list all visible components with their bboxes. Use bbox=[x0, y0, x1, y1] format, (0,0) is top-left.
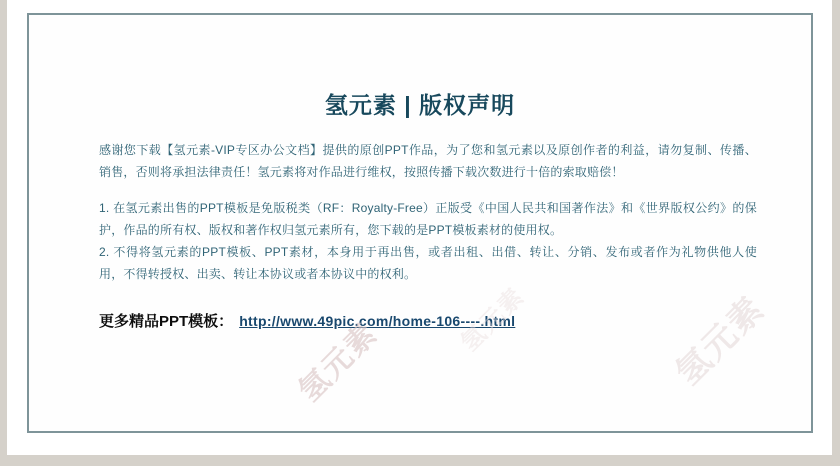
intro-paragraph: 感谢您下载【氢元素-VIP专区办公文档】提供的原创PPT作品，为了您和氢元素以及… bbox=[99, 139, 757, 183]
more-templates-row: 更多精品PPT模板：http://www.49pic.com/home-106-… bbox=[99, 310, 515, 331]
copyright-body: 感谢您下载【氢元素-VIP专区办公文档】提供的原创PPT作品，为了您和氢元素以及… bbox=[99, 139, 757, 285]
slide-preview: { "frame": { "mat_color": "#d5d1ca", "bo… bbox=[0, 0, 840, 466]
mat-strip-right bbox=[832, 0, 840, 466]
mat-strip-bottom bbox=[0, 455, 840, 466]
mat-strip-left bbox=[0, 0, 7, 466]
more-templates-label: 更多精品PPT模板： bbox=[99, 313, 233, 330]
copyright-slide-box: 氢元素 | 版权声明 感谢您下载【氢元素-VIP专区办公文档】提供的原创PPT作… bbox=[27, 13, 813, 433]
terms-item-2: 2. 不得将氢元素的PPT模板、PPT素材，本身用于再出售，或者出租、出借、转让… bbox=[99, 241, 757, 285]
terms-item-1: 1. 在氢元素出售的PPT模板是免版税类（RF：Royalty-Free）正版受… bbox=[99, 197, 757, 241]
templates-url-link[interactable]: http://www.49pic.com/home-106----.html bbox=[239, 313, 515, 329]
slide-title: 氢元素 | 版权声明 bbox=[29, 87, 811, 120]
